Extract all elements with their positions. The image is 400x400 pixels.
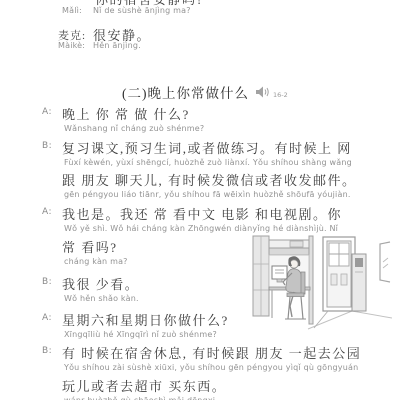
wall-frame — [380, 242, 390, 282]
section-header: (二)晚上你常做什么 16-2 — [122, 82, 288, 102]
hanzi-line: 有 时候在宿舍休息, 有时候跟 朋友 一起去公园 — [62, 343, 361, 362]
hanzi-line: 我也是。我还 常 看中文 电影 和电视剧。你 — [62, 204, 342, 223]
section-title: (二)晚上你常做什么 — [122, 82, 249, 102]
dialogue-row-continuation: 常 看吗? cháng kàn ma? — [42, 237, 128, 266]
pinyin-line: Wǒ hěn shǎo kàn. — [64, 294, 139, 303]
speaker-label: B: — [42, 277, 52, 287]
speaker-label: A: — [42, 107, 52, 117]
computer-monitor — [272, 266, 287, 279]
pillow — [290, 241, 303, 247]
audio-indicator: 16-2 — [256, 86, 288, 98]
chair-seat — [287, 293, 304, 297]
speaker-label: B: — [42, 346, 52, 356]
person-body — [286, 269, 303, 293]
dialogue-row: A: 星期六和星期日你做什么? Xīngqīliù hé Xīngqīrì nǐ… — [42, 310, 229, 339]
chair-back — [301, 272, 305, 294]
bunk-board — [269, 248, 312, 255]
frame-hatch — [383, 258, 388, 268]
hanzi-line: 常 看吗? — [62, 237, 128, 256]
dialogue-row: B: 有 时候在宿舍休息, 有时候跟 朋友 一起去公园 Yǒu shíhou z… — [42, 343, 361, 372]
dorm-room-illustration — [252, 232, 392, 332]
dialogue-row: B: 我很 少看。 Wǒ hěn shǎo kàn. — [42, 274, 139, 303]
pinyin-line: Wǎnshang nǐ cháng zuò shénme? — [64, 124, 204, 133]
dialogue-row-continuation: 跟 朋友 聊天儿, 有时候发微信或者收发邮件。 gēn péngyou liáo… — [42, 170, 357, 199]
speaker-icon — [256, 86, 271, 98]
threshold-line — [314, 311, 328, 328]
pinyin-line: wánr huòzhě qù chāoshì mǎi dōngxi. — [64, 396, 226, 400]
hanzi-line: 星期六和星期日你做什么? — [62, 310, 229, 329]
pinyin-line: cháng kàn ma? — [64, 257, 128, 266]
cabinet-vent — [355, 258, 363, 267]
pinyin-line: Xīngqīliù hé Xīngqīrì nǐ zuò shénme? — [64, 330, 229, 339]
textbook-page: 你的宿舍安静吗? Mǎlì: Nǐ de sùshè ānjìng ma? 麦克… — [0, 0, 400, 400]
pinyin-line: gēn péngyou liáo tiānr, yǒu shíhou fā wē… — [64, 190, 357, 199]
dialogue-row: A: 晚上 你 常 做 什么? Wǎnshang nǐ cháng zuò sh… — [42, 104, 204, 133]
hanzi-line: 玩儿或者去超市 买东西。 — [62, 376, 226, 395]
monitor-stand — [277, 279, 282, 282]
speaker-label: A: — [42, 207, 52, 217]
hanzi-line: 我很 少看。 — [62, 274, 139, 293]
pinyin-line: Yǒu shíhou zài sùshè xiūxi, yǒu shíhou g… — [64, 363, 361, 372]
pinyin-line: Fùxí kèwén, yùxí shēngcí, huòzhě zuò lià… — [64, 158, 352, 167]
speaker-label: A: — [42, 313, 52, 323]
dialogue-row: B: 复习课文,预习生词,或者做练习。有时候上 网 Fùxí kèwén, yù… — [42, 138, 352, 167]
cutoff-speaker-pinyin: Mǎlì: — [62, 6, 82, 15]
door-panel — [341, 274, 347, 285]
hanzi-line: 晚上 你 常 做 什么? — [62, 104, 204, 123]
reply-speaker-pinyin: Màikè: — [58, 41, 85, 50]
cutoff-pinyin-line: Nǐ de sùshè ānjìng ma? — [93, 6, 191, 15]
audio-track-number: 16-2 — [273, 91, 288, 99]
bed-post — [309, 236, 313, 324]
reply-pinyin: Hěn ānjìng. — [93, 41, 141, 50]
door-panel — [331, 274, 337, 285]
hanzi-line: 跟 朋友 聊天儿, 有时候发微信或者收发邮件。 — [62, 170, 357, 189]
dialogue-row: A: 我也是。我还 常 看中文 电影 和电视剧。你 Wǒ yě shì. Wǒ … — [42, 204, 342, 233]
hanzi-line: 复习课文,预习生词,或者做练习。有时候上 网 — [62, 138, 352, 157]
speaker-label: B: — [42, 141, 52, 151]
dialogue-row-continuation: 玩儿或者去超市 买东西。 wánr huòzhě qù chāoshì mǎi … — [42, 376, 226, 400]
